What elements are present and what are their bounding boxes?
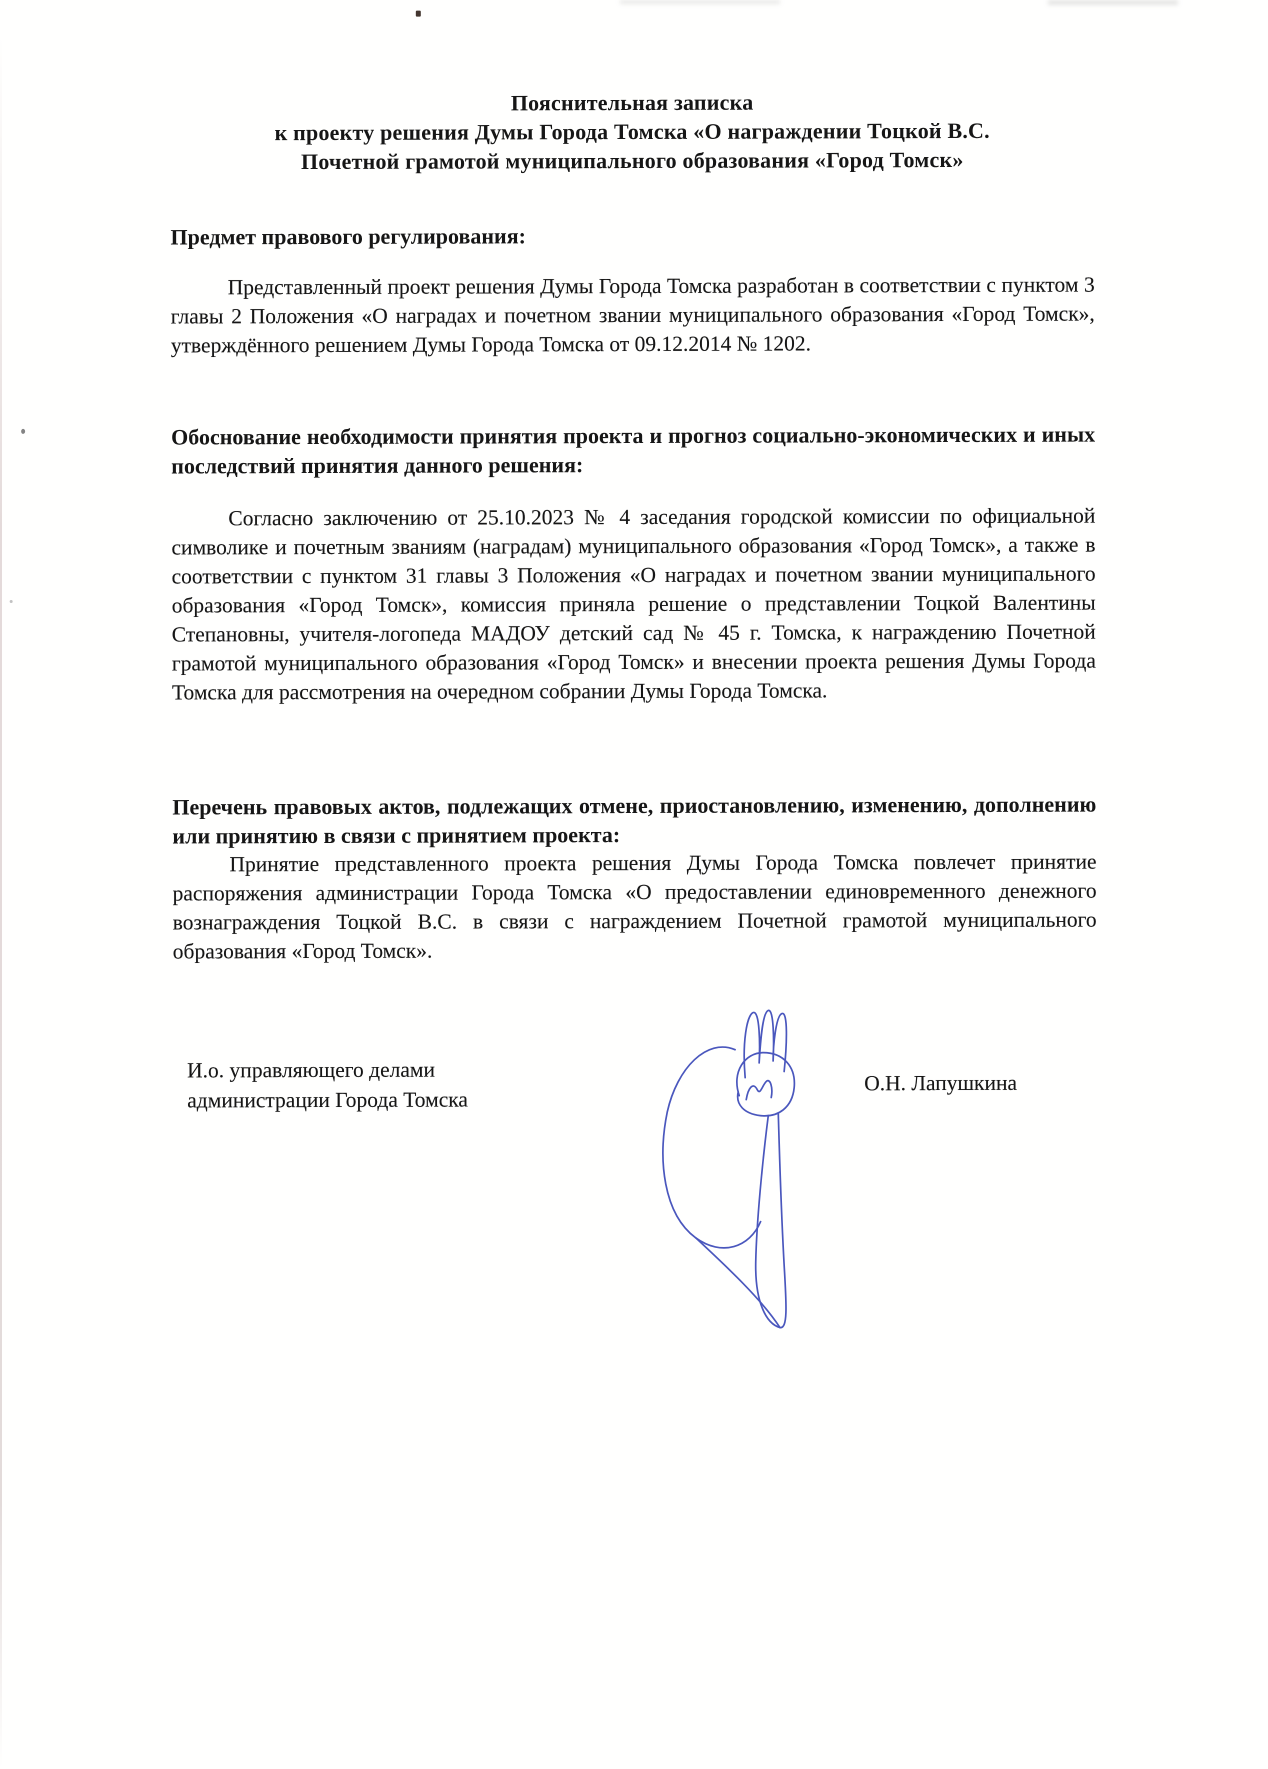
section-heading-perechen: Перечень правовых актов, подлежащих отме…: [172, 790, 1096, 851]
title-line-3: Почетной грамотой муниципального образов…: [170, 145, 1094, 177]
signatory-position: И.о. управляющего делами администрации Г…: [187, 1055, 468, 1116]
scan-speck: [21, 429, 25, 434]
title-line-1: Пояснительная записка: [170, 87, 1094, 119]
section-body-obosnovanie: Согласно заключению от 25.10.2023 № 4 за…: [171, 502, 1096, 708]
section-heading-obosnovanie: Обоснование необходимости принятия проек…: [171, 420, 1095, 481]
handwritten-signature-ink: [649, 999, 802, 1337]
scan-edge-shadow: [0, 0, 2, 1769]
document-title: Пояснительная записка к проекту решения …: [170, 87, 1094, 177]
signatory-position-line-2: администрации Города Томска: [187, 1085, 468, 1116]
signatory-name: О.Н. Лапушкина: [864, 1069, 1017, 1098]
scan-speck: [10, 600, 13, 603]
section-heading-predmet: Предмет правового регулирования:: [170, 220, 1094, 252]
title-line-2: к проекту решения Думы Города Томска «О …: [170, 116, 1094, 148]
section-body-predmet: Представленный проект решения Думы Город…: [171, 271, 1095, 361]
scanned-document-page: Пояснительная записка к проекту решения …: [0, 0, 1268, 1769]
scan-smudge: [620, 0, 780, 4]
scan-smudge: [1048, 0, 1178, 5]
scan-speck: [416, 11, 421, 17]
document-content: Пояснительная записка к проекту решения …: [0, 0, 1268, 1769]
signatory-position-line-1: И.о. управляющего делами: [187, 1055, 468, 1086]
section-body-perechen: Принятие представленного проекта решения…: [172, 848, 1096, 967]
